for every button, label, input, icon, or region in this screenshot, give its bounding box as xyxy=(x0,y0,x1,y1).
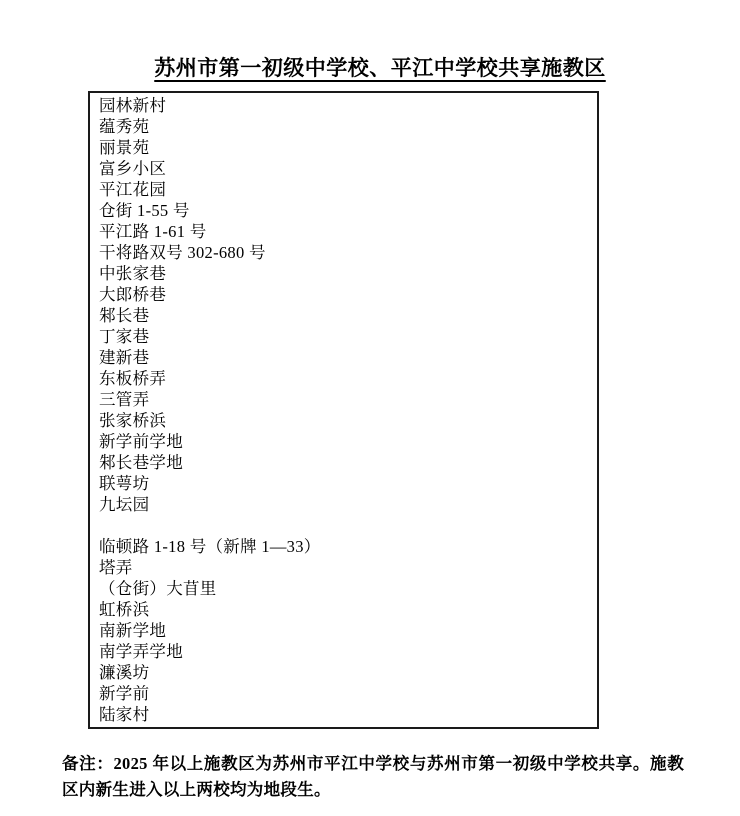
section-divider-blank-line xyxy=(99,515,587,536)
district-list-item: 虹桥浜 xyxy=(99,599,587,620)
district-list-item: 临顿路 1-18 号（新牌 1—33） xyxy=(99,536,587,557)
district-list-item: 富乡小区 xyxy=(99,158,587,179)
district-list-item: 三管弄 xyxy=(99,389,587,410)
district-list-item: 中张家巷 xyxy=(99,263,587,284)
district-list-box: 园林新村蕴秀苑丽景苑富乡小区平江花园仓街 1-55 号平江路 1-61 号干将路… xyxy=(88,91,599,729)
district-list-item: 陆家村 xyxy=(99,704,587,725)
district-list-item: 平江路 1-61 号 xyxy=(99,221,587,242)
district-list-item: 九坛园 xyxy=(99,494,587,515)
district-list-item: 丽景苑 xyxy=(99,137,587,158)
district-list-item: 平江花园 xyxy=(99,179,587,200)
district-list-item: 南学弄学地 xyxy=(99,641,587,662)
district-list-item: 建新巷 xyxy=(99,347,587,368)
district-list-item: 塔弄 xyxy=(99,557,587,578)
district-list-item: 南新学地 xyxy=(99,620,587,641)
district-list-item: （仓街）大苜里 xyxy=(99,578,587,599)
district-list-item: 干将路双号 302-680 号 xyxy=(99,242,587,263)
district-list-item: 丁家巷 xyxy=(99,326,587,347)
district-list-item: 邾长巷学地 xyxy=(99,452,587,473)
district-list-item: 蕴秀苑 xyxy=(99,116,587,137)
district-list-section-1: 园林新村蕴秀苑丽景苑富乡小区平江花园仓街 1-55 号平江路 1-61 号干将路… xyxy=(99,95,587,515)
note-text: 备注：2025 年以上施教区为苏州市平江中学校与苏州市第一初级中学校共享。施教区… xyxy=(62,751,684,803)
page-title: 苏州市第一初级中学校、平江中学校共享施教区 xyxy=(30,52,730,82)
district-list-item: 园林新村 xyxy=(99,95,587,116)
district-list-item: 邾长巷 xyxy=(99,305,587,326)
district-list-section-2: 临顿路 1-18 号（新牌 1—33）塔弄（仓街）大苜里虹桥浜南新学地南学弄学地… xyxy=(99,536,587,725)
district-list-item: 新学前 xyxy=(99,683,587,704)
district-list-item: 东板桥弄 xyxy=(99,368,587,389)
district-list-item: 新学前学地 xyxy=(99,431,587,452)
district-list-item: 濂溪坊 xyxy=(99,662,587,683)
district-list-item: 联萼坊 xyxy=(99,473,587,494)
district-list-item: 仓街 1-55 号 xyxy=(99,200,587,221)
district-list-item: 张家桥浜 xyxy=(99,410,587,431)
district-list-item: 大郎桥巷 xyxy=(99,284,587,305)
